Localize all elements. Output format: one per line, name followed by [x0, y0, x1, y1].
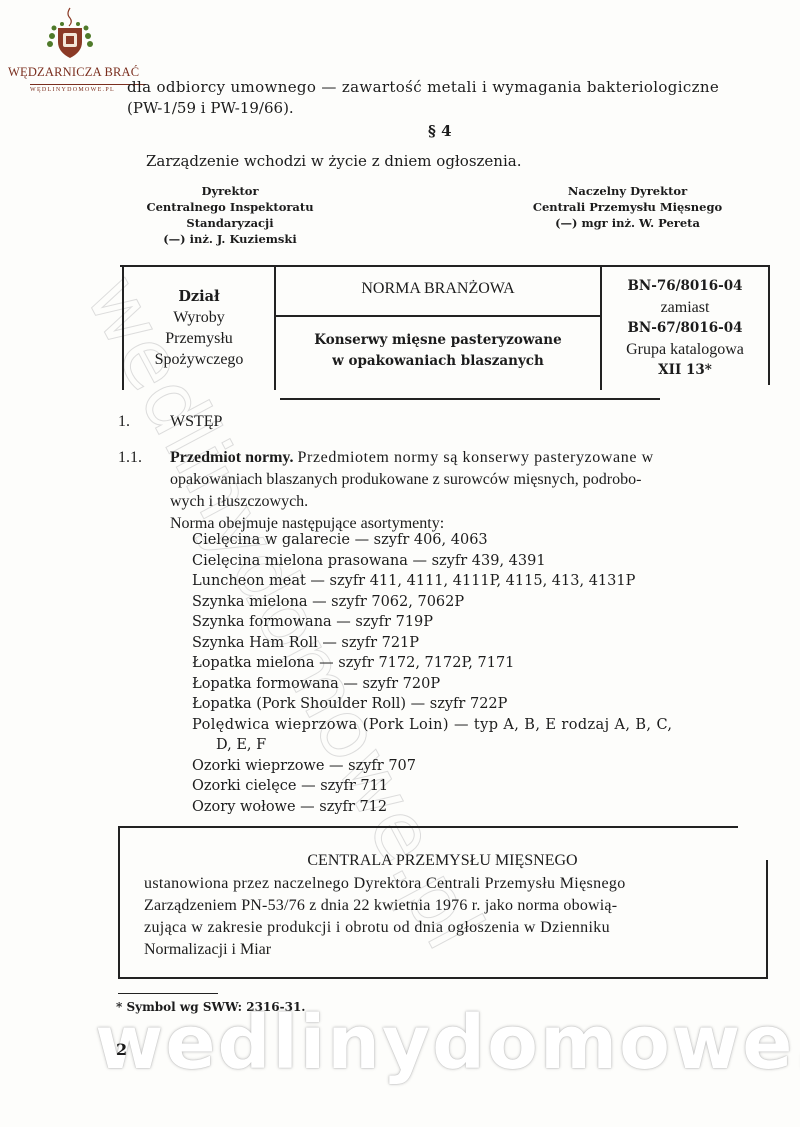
list-item: Szynka formowana — szyfr 719P — [192, 612, 672, 633]
norm-title-cell: Konserwy mięsne pasteryzowane w opakowan… — [276, 330, 600, 372]
list-item: Luncheon meat — szyfr 411, 4111, 4111P, … — [192, 571, 672, 592]
footnote-separator — [118, 993, 218, 994]
signature-right: Naczelny Dyrektor Centrali Przemysłu Mię… — [515, 183, 740, 231]
top-line-1: dla odbiorcy umownego — zawartość metali… — [127, 76, 719, 98]
brand-logo: WĘDZARNICZA BRAĆ WĘDLINYDOMOWE.PL — [8, 6, 128, 106]
section-title: WSTĘP — [170, 411, 222, 433]
table-top-border — [120, 265, 770, 267]
group-value: XII 13* — [602, 360, 768, 381]
dept-line: Wyroby — [124, 307, 274, 328]
list-item: Cielęcina mielona prasowana — szyfr 439,… — [192, 551, 672, 572]
dept-line: Dział — [124, 286, 274, 307]
list-item: Ozory wołowe — szyfr 712 — [192, 797, 672, 818]
sig-left-line: (—) inż. J. Kuziemski — [130, 231, 330, 247]
watermark-text: wedlinydomowe.pl — [95, 1000, 800, 1086]
list-item: Łopatka (Pork Shoulder Roll) — szyfr 722… — [192, 694, 672, 715]
list-item: Ozorki wieprzowe — szyfr 707 — [192, 756, 672, 777]
box-top-border — [118, 826, 738, 828]
list-item: Szynka Ham Roll — szyfr 721P — [192, 633, 672, 654]
norm-type-cell: NORMA BRANŻOWA — [276, 278, 600, 299]
title-line: Konserwy mięsne pasteryzowane — [276, 330, 600, 351]
group-label: Grupa katalogowa — [602, 339, 768, 360]
dept-line: Przemysłu — [124, 328, 274, 349]
sig-right-line: (—) mgr inż. W. Pereta — [515, 215, 740, 231]
section-mark: § 4 — [428, 120, 452, 142]
top-line-2: (PW-1/59 i PW-19/66). — [127, 97, 294, 119]
subsection-number: 1.1. — [118, 447, 142, 469]
dept-line: Spożywczego — [124, 349, 274, 370]
decree-text: Zarządzenie wchodzi w życie z dniem ogło… — [146, 150, 521, 172]
list-item: Łopatka mielona — szyfr 7172, 7172P, 717… — [192, 653, 672, 674]
sig-left-line: Centralnego Inspektoratu — [130, 199, 330, 215]
para-line: opakowaniach blaszanych produkowane z su… — [170, 469, 654, 491]
instead-label: zamiast — [602, 297, 768, 318]
list-item: D, E, F — [192, 735, 672, 756]
box-line: zująca w zakresie produkcji i obrotu od … — [144, 917, 626, 939]
box-right-border — [766, 860, 768, 978]
page-number: 2 — [116, 1040, 127, 1059]
sig-right-line: Centrali Przemysłu Mięsnego — [515, 199, 740, 215]
sig-right-line: Naczelny Dyrektor — [515, 183, 740, 199]
box-bottom-border — [118, 977, 768, 979]
dept-cell: Dział Wyroby Przemysłu Spożywczego — [124, 286, 274, 370]
table-right-border — [768, 265, 770, 385]
logo-brand-text: WĘDZARNICZA BRAĆ — [8, 65, 133, 80]
subsection-title: Przedmiot normy. — [170, 449, 294, 466]
box-title: CENTRALA PRZEMYSŁU MIĘSNEGO — [120, 852, 765, 870]
box-line: ustanowiona przez naczelnego Dyrektora C… — [144, 873, 626, 895]
box-left-border — [118, 826, 120, 978]
box-line: Normalizacji i Miar — [144, 939, 626, 961]
norm-number-cell: BN-76/8016-04 zamiast BN-67/8016-04 Grup… — [602, 276, 768, 381]
title-line: w opakowaniach blaszanych — [276, 351, 600, 372]
subsection-paragraph: Przedmiot normy. Przedmiotem normy są ko… — [170, 447, 654, 535]
para-line: wych i tłuszczowych. — [170, 491, 654, 513]
list-item: Polędwica wieprzowa (Pork Loin) — typ A,… — [192, 715, 672, 736]
list-item: Łopatka formowana — szyfr 720P — [192, 674, 672, 695]
logo-sub-text: WĘDLINYDOMOWE.PL — [30, 87, 115, 93]
box-text: ustanowiona przez naczelnego Dyrektora C… — [144, 873, 626, 961]
list-item: Ozorki cielęce — szyfr 711 — [192, 776, 672, 797]
table-inner-border — [274, 315, 600, 317]
sig-left-line: Dyrektor — [130, 183, 330, 199]
box-line: Zarządzeniem PN-53/76 z dnia 22 kwietnia… — [144, 895, 626, 917]
table-bottom-border — [280, 398, 660, 400]
para-line: Przedmiotem normy są konserwy pasteryzow… — [298, 449, 654, 466]
sig-left-line: Standaryzacji — [130, 215, 330, 231]
section-number: 1. — [118, 411, 130, 433]
norm-number: BN-76/8016-04 — [602, 276, 768, 297]
list-item: Cielęcina w galarecie — szyfr 406, 4063 — [192, 530, 672, 551]
list-item: Szynka mielona — szyfr 7062, 7062P — [192, 592, 672, 613]
old-norm-number: BN-67/8016-04 — [602, 318, 768, 339]
assortment-list: Cielęcina w galarecie — szyfr 406, 4063 … — [192, 530, 672, 817]
signature-left: Dyrektor Centralnego Inspektoratu Standa… — [130, 183, 330, 247]
shield-crest-icon — [40, 6, 100, 66]
